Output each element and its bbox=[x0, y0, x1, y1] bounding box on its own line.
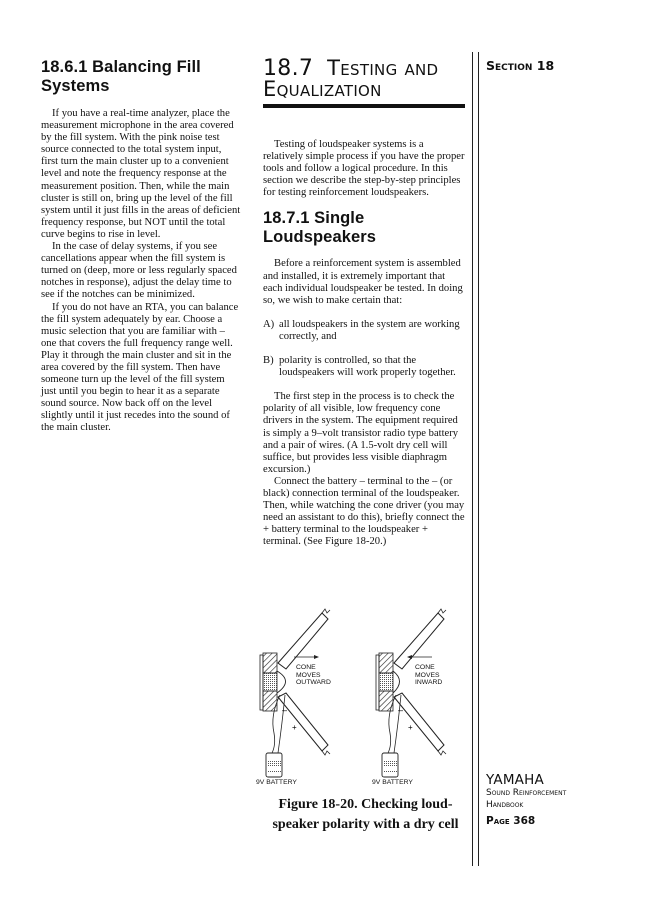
left-body: If you have a real-time analyzer, place … bbox=[41, 108, 241, 435]
plus-sign-left: + bbox=[292, 723, 297, 732]
section-heading-rule bbox=[263, 104, 465, 108]
label-line: MOVES bbox=[415, 672, 442, 680]
speaker-outward-icon bbox=[260, 609, 330, 777]
paragraph: The first step in the process is to chec… bbox=[263, 391, 466, 476]
list-text: polarity is controlled, so that the loud… bbox=[279, 355, 466, 379]
label-line: MOVES bbox=[296, 672, 331, 680]
label-battery-left: 9V BATTERY bbox=[256, 779, 297, 787]
minus-sign-right: – bbox=[398, 705, 403, 715]
right-column: Section 18 bbox=[486, 58, 646, 73]
list-item-b: B) polarity is controlled, so that the l… bbox=[263, 355, 466, 379]
brand-name: YAMAHA bbox=[486, 773, 646, 788]
minus-sign-left: – bbox=[282, 705, 287, 715]
page-footer: YAMAHA Sound Reinforcement Handbook Page… bbox=[486, 773, 646, 827]
figure-18-20: – + – + CONE MOVES OUTWARD CONE bbox=[252, 605, 467, 783]
paragraph: If you have a real-time analyzer, place … bbox=[41, 108, 241, 241]
vertical-rule bbox=[472, 52, 473, 866]
paragraph: If you do not have an RTA, you can balan… bbox=[41, 302, 241, 435]
speaker-inward-icon bbox=[376, 609, 446, 777]
plus-sign-right: + bbox=[408, 723, 413, 732]
middle-body-2: Before a reinforcement system is assembl… bbox=[263, 258, 466, 548]
book-title-line1: Sound Reinforcement bbox=[486, 788, 646, 800]
middle-column: 18.7 Testing and Equalization Testing of… bbox=[263, 58, 466, 548]
subsection-heading-single-loudspeakers: 18.7.1 Single Loudspeakers bbox=[263, 209, 413, 247]
label-battery-right: 9V BATTERY bbox=[372, 779, 413, 787]
paragraph: Before a reinforcement system is assembl… bbox=[263, 258, 466, 306]
label-line: CONE bbox=[415, 664, 442, 672]
section-title: 18.7 Testing and Equalization bbox=[263, 58, 466, 99]
paragraph: Connect the battery – terminal to the – … bbox=[263, 476, 466, 549]
list-text: all loudspeakers in the system are worki… bbox=[279, 319, 466, 343]
label-line: INWARD bbox=[415, 679, 442, 687]
middle-body: Testing of loudspeaker systems is a rela… bbox=[263, 139, 466, 199]
section-title-line2: Equalization bbox=[263, 77, 382, 101]
label-cone-moves-outward: CONE MOVES OUTWARD bbox=[296, 664, 331, 687]
vertical-rule bbox=[478, 52, 479, 866]
list-label: A) bbox=[263, 319, 279, 343]
figure-caption: Figure 18-20. Checking loud- speaker pol… bbox=[263, 795, 468, 835]
book-title-line2: Handbook bbox=[486, 800, 646, 812]
intro-paragraph: Testing of loudspeaker systems is a rela… bbox=[263, 139, 466, 199]
left-column: 18.6.1 Balancing Fill Systems If you hav… bbox=[41, 58, 241, 435]
list-item-a: A) all loudspeakers in the system are wo… bbox=[263, 319, 466, 343]
paragraph: In the case of delay systems, if you see… bbox=[41, 241, 241, 301]
label-line: OUTWARD bbox=[296, 679, 331, 687]
page-number: Page 368 bbox=[486, 815, 646, 827]
subsection-heading-balancing-fill: 18.6.1 Balancing Fill Systems bbox=[41, 58, 241, 96]
section-label: Section 18 bbox=[486, 58, 646, 73]
caption-line1: Figure 18-20. Checking loud- bbox=[263, 795, 468, 815]
label-line: CONE bbox=[296, 664, 331, 672]
list-label: B) bbox=[263, 355, 279, 379]
loudspeaker-polarity-diagram: – + – + bbox=[252, 605, 467, 783]
label-cone-moves-inward: CONE MOVES INWARD bbox=[415, 664, 442, 687]
caption-line2: speaker polarity with a dry cell bbox=[263, 815, 468, 835]
